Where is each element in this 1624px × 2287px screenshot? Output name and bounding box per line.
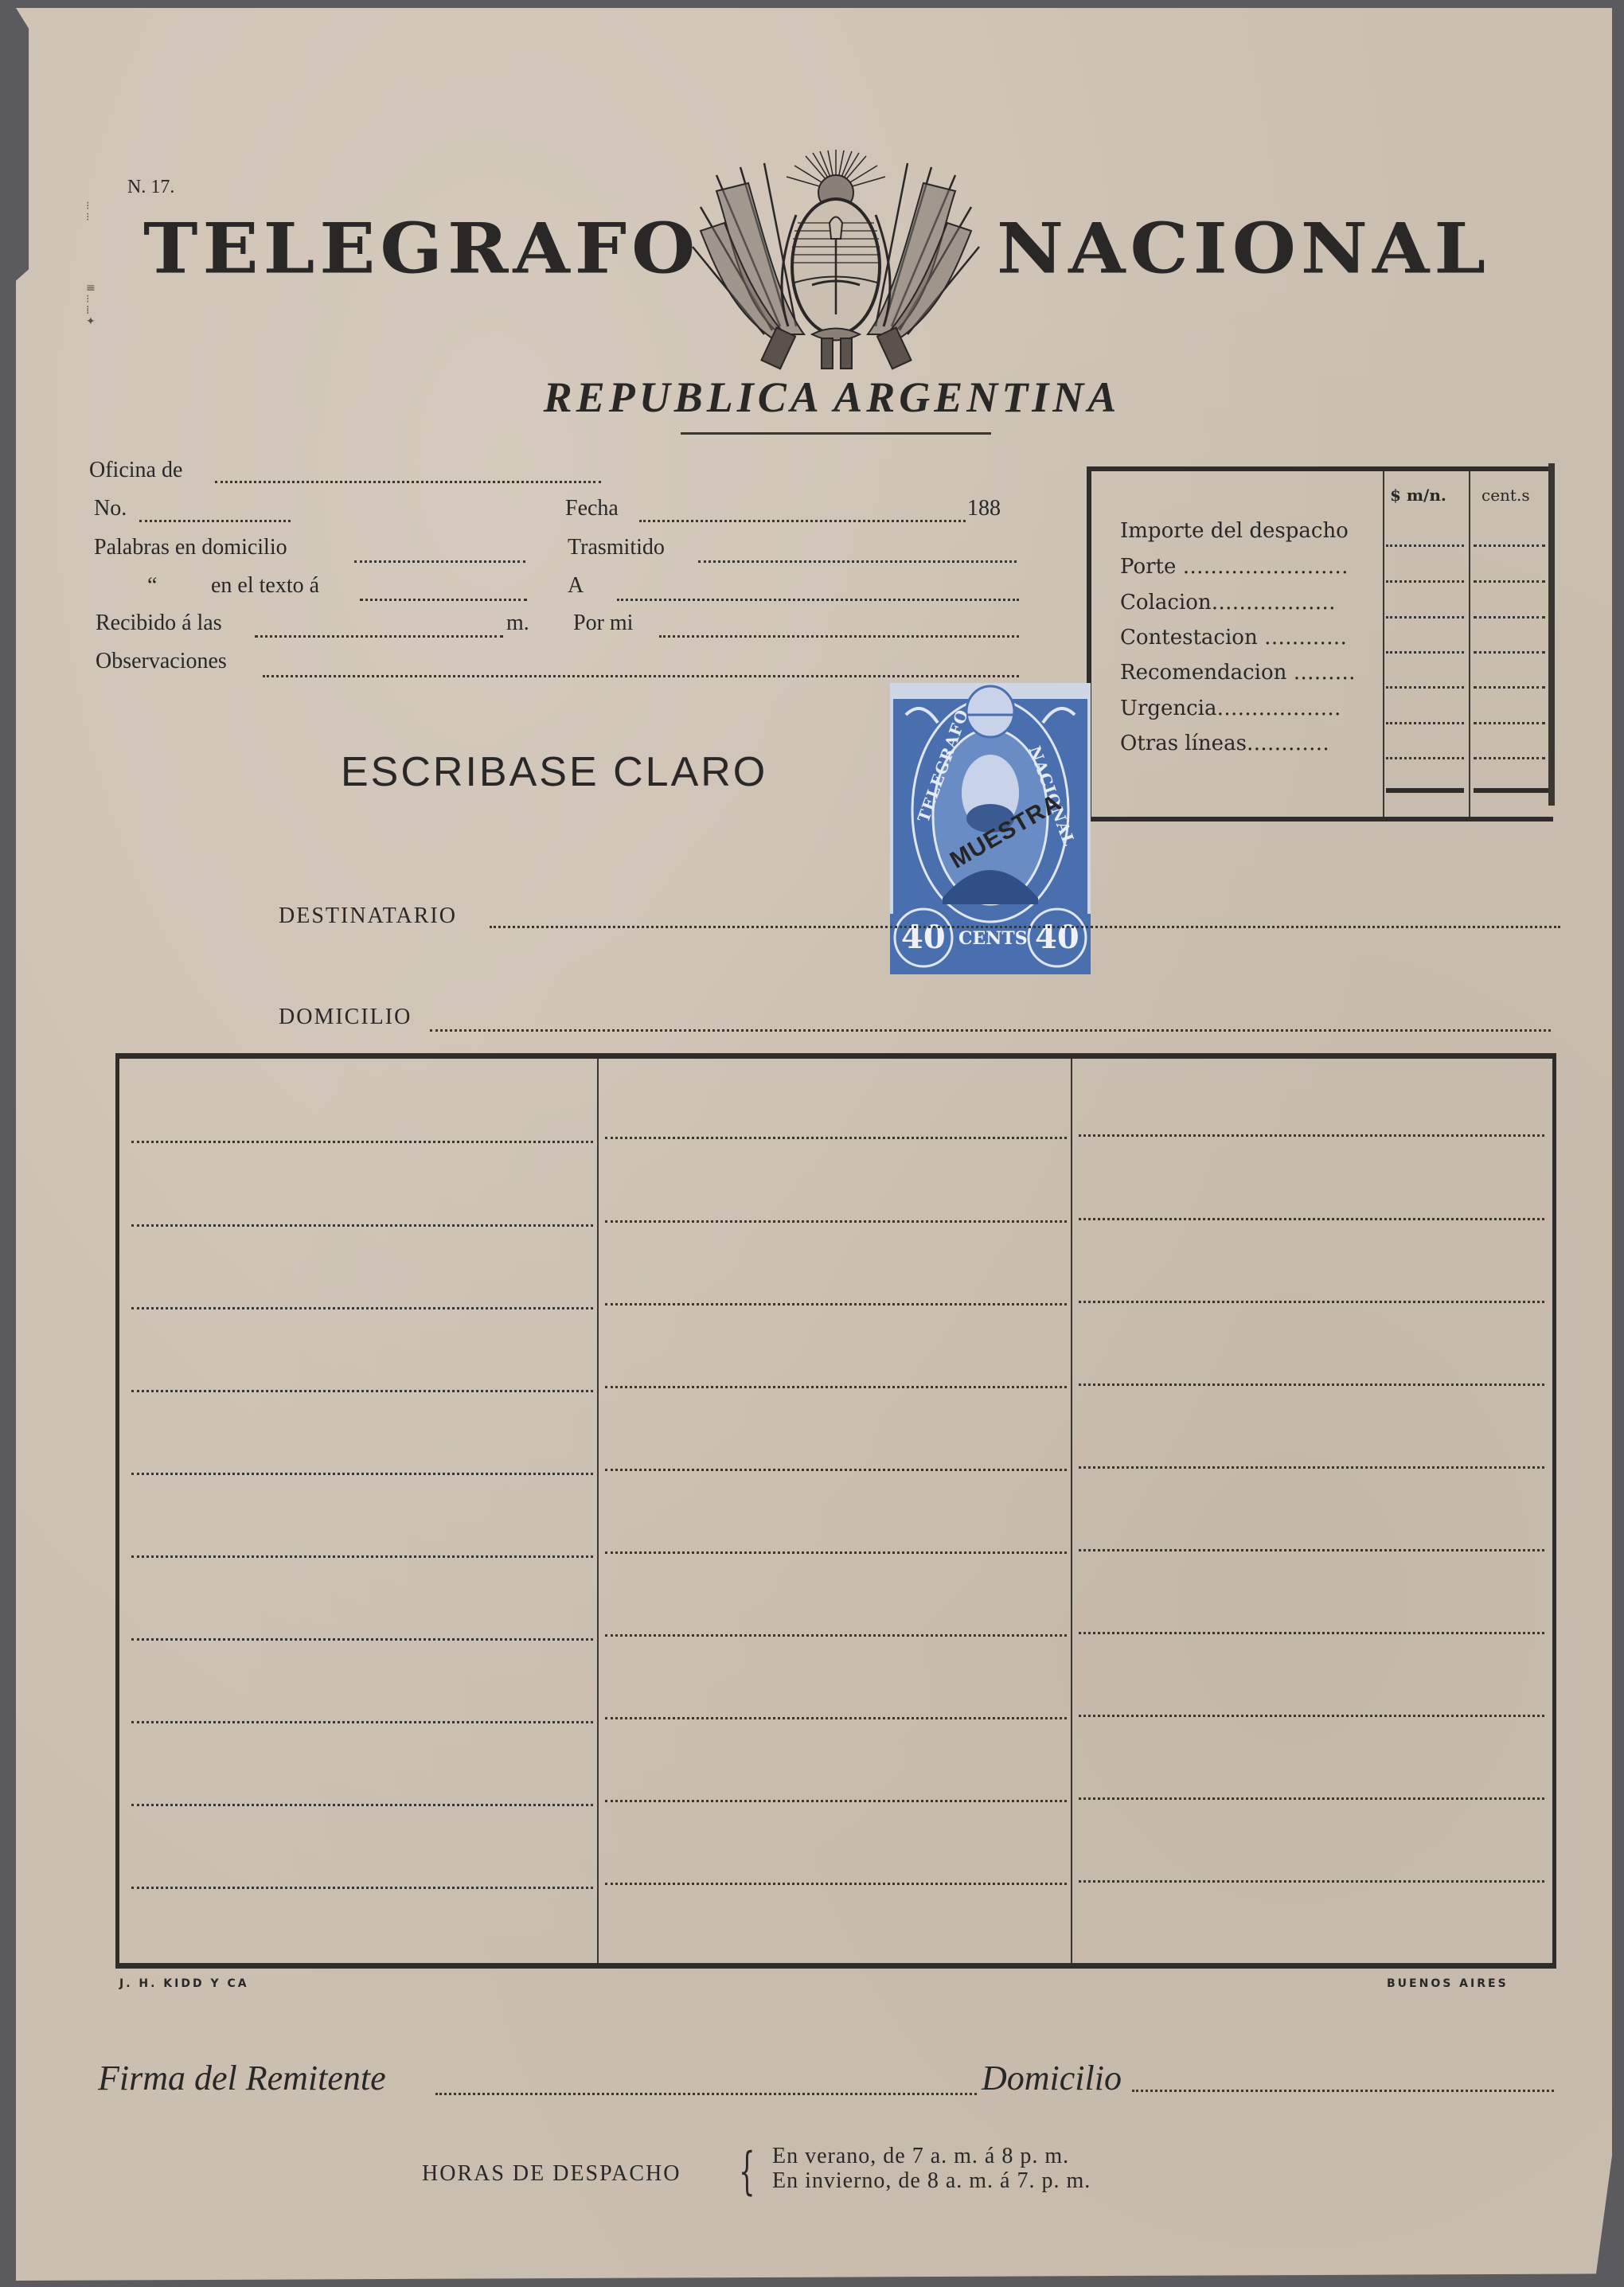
label-oficina: Oficina de: [89, 458, 182, 483]
fee-label-colacion: Colacion………………: [1120, 591, 1336, 615]
label-horas-despacho: HORAS DE DESPACHO: [422, 2161, 681, 2187]
fee-box-right-border: [1548, 463, 1555, 806]
label-recibido-suffix: m.: [506, 611, 529, 636]
message-line[interactable]: [131, 1555, 593, 1558]
message-line[interactable]: [131, 1224, 593, 1227]
field-recibido[interactable]: [255, 635, 503, 638]
message-line[interactable]: [131, 1390, 593, 1392]
stamp-value-right: 40: [1035, 919, 1079, 956]
hours-summer: En verano, de 7 a. m. á 8 p. m.: [772, 2144, 1069, 2169]
fee-input-otras-cents[interactable]: [1474, 757, 1545, 759]
fee-input-recomendacion-pesos[interactable]: [1386, 686, 1464, 689]
fee-label-porte: Porte ……………………: [1120, 555, 1349, 579]
fee-input-urgencia-cents[interactable]: [1474, 722, 1545, 724]
subtitle: REPUBLICA ARGENTINA: [482, 373, 1182, 422]
field-trasmitido[interactable]: [698, 560, 1017, 563]
fee-input-otras-pesos[interactable]: [1386, 757, 1464, 759]
fee-box: $ m/n. cent.s Importe del despacho Porte…: [1087, 466, 1553, 822]
fee-label-recomendacion: Recomendacion ………: [1120, 661, 1356, 685]
label-palabras-domicilio: Palabras en domicilio: [94, 535, 287, 560]
ditto-mark: “: [147, 573, 157, 599]
field-observaciones[interactable]: [263, 675, 1019, 677]
argentine-coat-of-arms-icon: [685, 143, 987, 374]
stamp-value-left: 40: [901, 919, 946, 956]
fee-header-cents: cent.s: [1482, 486, 1530, 505]
fee-input-porte-cents[interactable]: [1474, 580, 1545, 583]
label-fecha-year: 188: [967, 496, 1001, 521]
message-line[interactable]: [605, 1634, 1067, 1637]
label-recibido: Recibido á las: [96, 611, 222, 636]
brace-icon: {: [739, 2146, 755, 2197]
message-line[interactable]: [1079, 1797, 1544, 1800]
fee-label-otras-lineas: Otras líneas…………: [1120, 732, 1329, 755]
label-domicilio: DOMICILIO: [279, 1005, 412, 1030]
stamp-value-center: CENTS: [958, 928, 1028, 949]
fee-input-contestacion-pesos[interactable]: [1386, 651, 1464, 654]
fee-input-colacion-cents[interactable]: [1474, 616, 1545, 619]
message-line[interactable]: [605, 1137, 1067, 1139]
field-destinatario[interactable]: [490, 926, 1560, 928]
hours-winter: En invierno, de 8 a. m. á 7. p. m.: [772, 2168, 1091, 2194]
fee-total-cents[interactable]: [1474, 788, 1550, 793]
message-line[interactable]: [1079, 1880, 1544, 1883]
fee-label-urgencia: Urgencia………………: [1120, 697, 1341, 720]
message-line[interactable]: [605, 1386, 1067, 1388]
label-firma-remitente: Firma del Remitente: [98, 2058, 386, 2098]
margin-mark: ⁝⁝: [86, 201, 110, 223]
postage-stamp-40-cents: TELEGRAFO NACIONAL 40 CENTS 40 MUESTRA: [890, 683, 1091, 974]
label-en-el-texto: en el texto á: [211, 573, 319, 599]
message-line[interactable]: [605, 1717, 1067, 1719]
grid-column-divider: [1071, 1059, 1072, 1963]
field-domicilio-remitente[interactable]: [1132, 2090, 1554, 2092]
message-line[interactable]: [1079, 1301, 1544, 1303]
label-domicilio-remitente: Domicilio: [982, 2058, 1122, 2098]
message-line[interactable]: [1079, 1384, 1544, 1386]
label-trasmitido: Trasmitido: [568, 535, 665, 560]
message-line[interactable]: [131, 1804, 593, 1806]
label-fecha: Fecha: [565, 496, 619, 521]
message-line[interactable]: [1079, 1715, 1544, 1717]
fee-input-contestacion-cents[interactable]: [1474, 651, 1545, 654]
label-por-mi: Por mi: [573, 611, 633, 636]
fee-input-recomendacion-cents[interactable]: [1474, 686, 1545, 689]
fee-label-contestacion: Contestacion …………: [1120, 626, 1347, 650]
label-observaciones: Observaciones: [96, 649, 227, 674]
message-line[interactable]: [1079, 1632, 1544, 1634]
title-divider: [681, 432, 991, 435]
message-line[interactable]: [605, 1800, 1067, 1802]
fee-input-importe-cents[interactable]: [1474, 544, 1545, 547]
label-destinatario: DESTINATARIO: [279, 903, 457, 929]
message-line[interactable]: [131, 1141, 593, 1143]
message-line[interactable]: [131, 1473, 593, 1475]
form-number: N. 17.: [127, 177, 174, 198]
title-nacional: NACIONAL: [997, 208, 1490, 290]
message-grid: [115, 1053, 1556, 1969]
fee-input-colacion-pesos[interactable]: [1386, 616, 1464, 619]
grid-column-divider: [597, 1059, 599, 1963]
message-line[interactable]: [1079, 1134, 1544, 1137]
fee-input-urgencia-pesos[interactable]: [1386, 722, 1464, 724]
message-line[interactable]: [131, 1638, 593, 1641]
city-imprint: BUENOS AIRES: [1387, 1977, 1509, 1990]
message-line[interactable]: [1079, 1466, 1544, 1469]
fee-input-porte-pesos[interactable]: [1386, 580, 1464, 583]
fee-label-importe: Importe del despacho: [1120, 519, 1349, 543]
field-palabras-domicilio[interactable]: [354, 560, 525, 563]
fee-total-pesos[interactable]: [1386, 788, 1464, 793]
fee-column-divider: [1469, 471, 1470, 817]
message-line[interactable]: [131, 1721, 593, 1723]
field-por-mi[interactable]: [659, 635, 1019, 638]
field-numero[interactable]: [139, 520, 291, 522]
message-line[interactable]: [605, 1551, 1067, 1554]
field-fecha[interactable]: [639, 520, 966, 522]
message-line[interactable]: [605, 1220, 1067, 1223]
field-firma-remitente[interactable]: [435, 2093, 977, 2095]
fee-input-importe-pesos[interactable]: [1386, 544, 1464, 547]
margin-mark: ≡⁝⁞✦: [86, 283, 110, 327]
message-line[interactable]: [605, 1469, 1067, 1471]
telegram-form-sheet: ⁝⁝ ≡⁝⁞✦ N. 17. TELEGRAFO NACIONAL: [16, 8, 1612, 2281]
message-line[interactable]: [1079, 1549, 1544, 1551]
title-telegrafo: TELEGRAFO: [143, 208, 700, 290]
message-line[interactable]: [1079, 1218, 1544, 1220]
field-en-el-texto[interactable]: [360, 599, 527, 601]
message-line[interactable]: [605, 1303, 1067, 1305]
field-a[interactable]: [617, 599, 1019, 601]
label-a: A: [568, 573, 584, 599]
message-line[interactable]: [131, 1307, 593, 1309]
field-domicilio[interactable]: [430, 1029, 1551, 1032]
message-line[interactable]: [131, 1887, 593, 1889]
field-oficina[interactable]: [215, 481, 601, 483]
fee-header-pesos: $ m/n.: [1390, 486, 1446, 505]
instruction-escribase-claro: ESCRIBASE CLARO: [341, 748, 767, 796]
fee-column-divider: [1383, 471, 1384, 817]
label-numero: No.: [94, 496, 127, 521]
printer-imprint: J. H. KIDD Y CA: [119, 1977, 249, 1990]
message-line[interactable]: [605, 1883, 1067, 1885]
